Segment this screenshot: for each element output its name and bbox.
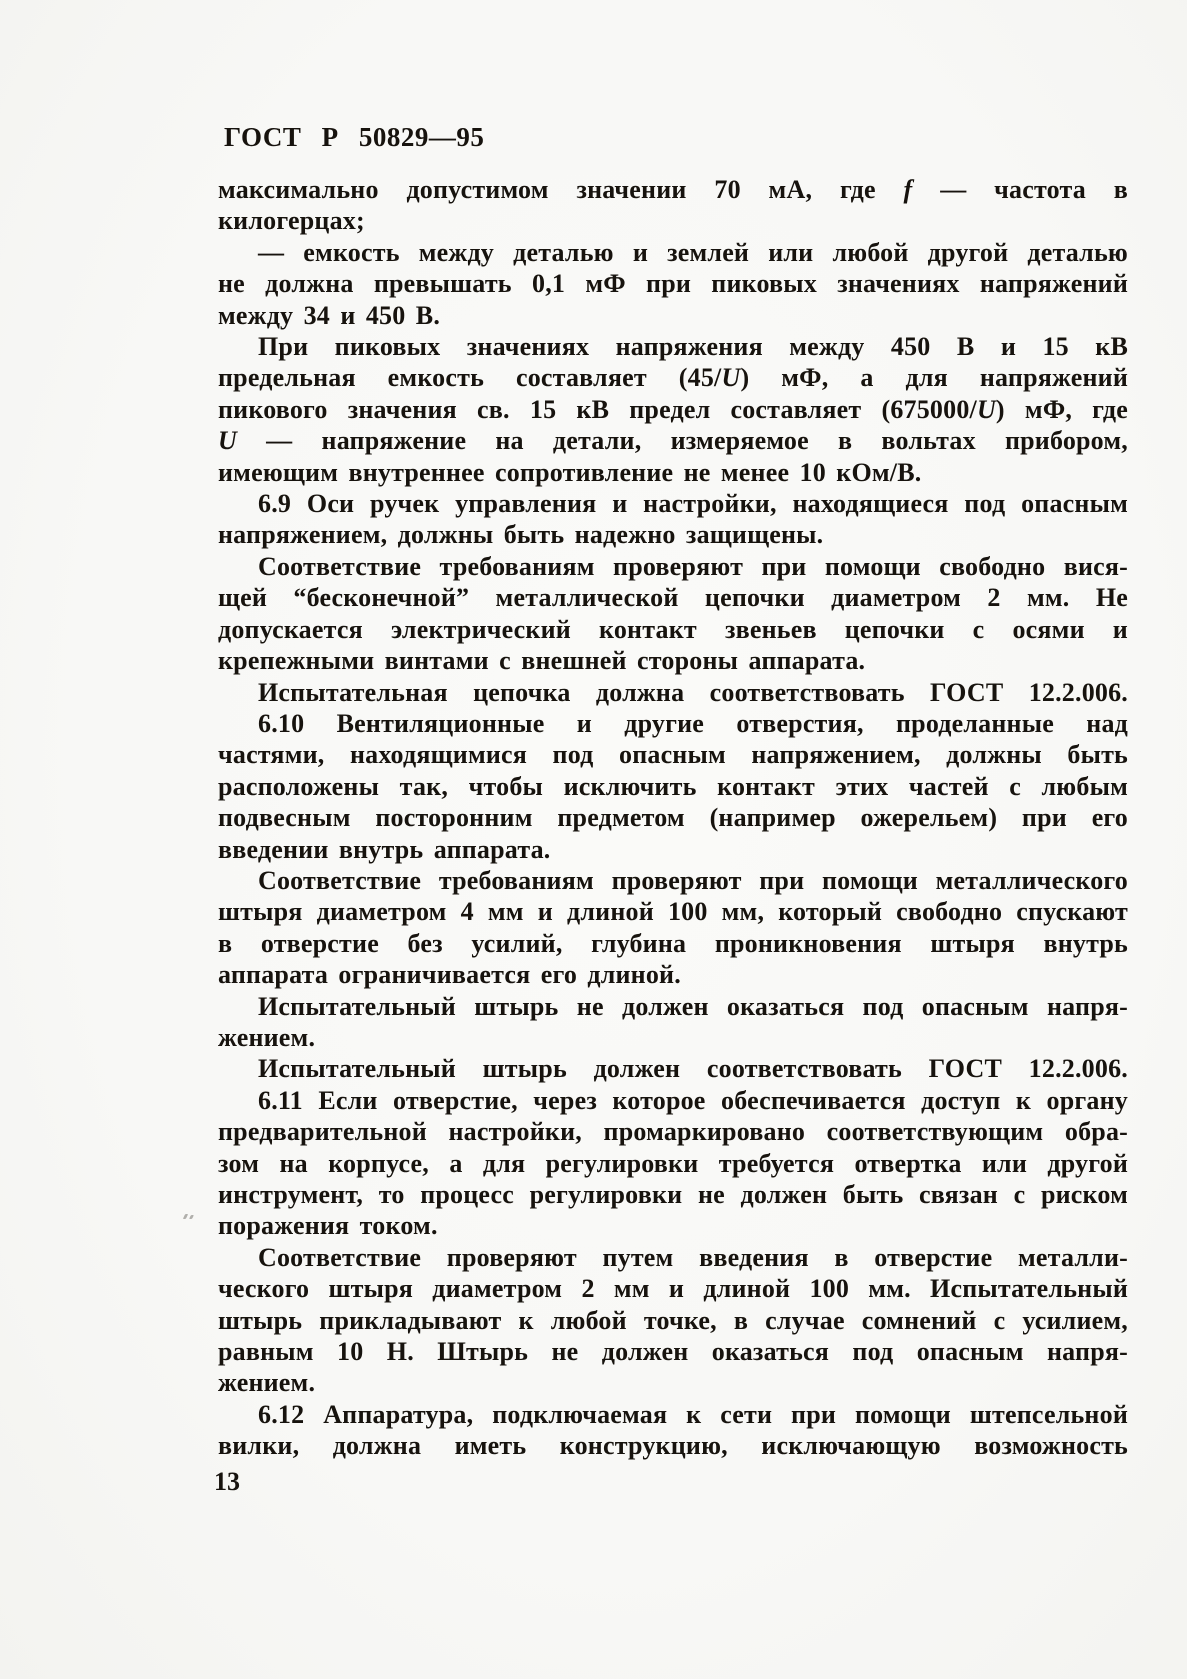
text-line: — емкость между деталью и землей или люб… — [218, 237, 1128, 268]
text-line: подвесным посторонним предметом (наприме… — [218, 802, 1128, 833]
text-line: При пиковых значениях напряжения между 4… — [218, 331, 1128, 362]
text-line: ческого штыря диаметром 2 мм и длиной 10… — [218, 1273, 1128, 1304]
paragraph: Испытательный штырь должен соответствова… — [218, 1053, 1128, 1084]
document-page: ГОСТ Р 50829—95 максимально допустимом з… — [0, 0, 1187, 1679]
text-line: имеющим внутреннее сопротивление не мене… — [218, 457, 1128, 488]
text-line: между 34 и 450 В. — [218, 300, 1128, 331]
text-line: поражения током. — [218, 1210, 1128, 1241]
text-line: 6.9 Оси ручек управления и настройки, на… — [218, 488, 1128, 519]
text-line: равным 10 Н. Штырь не должен оказаться п… — [218, 1336, 1128, 1367]
text-line: Соответствие проверяют путем введения в … — [218, 1242, 1128, 1273]
paragraph: Испытательная цепочка должна соответство… — [218, 677, 1128, 708]
paragraph: Соответствие требованиям проверяют при п… — [218, 865, 1128, 991]
text-line: килогерцах; — [218, 205, 1128, 236]
text-line: штыря диаметром 4 мм и длиной 100 мм, ко… — [218, 896, 1128, 927]
text-line: максимально допустимом значении 70 мА, г… — [218, 174, 1128, 205]
text-line: вилки, должна иметь конструкцию, исключа… — [218, 1430, 1128, 1461]
text-line: аппарата ограничивается его длиной. — [218, 959, 1128, 990]
text-line: жением. — [218, 1367, 1128, 1398]
text-line: инструмент, то процесс регулировки не до… — [218, 1179, 1128, 1210]
text-line: Испытательный штырь должен соответствова… — [218, 1053, 1128, 1084]
standard-number-header: ГОСТ Р 50829—95 — [224, 121, 484, 153]
text-line: пикового значения св. 15 кВ предел соста… — [218, 394, 1128, 425]
text-line: напряжением, должны быть надежно защищен… — [218, 519, 1128, 550]
paragraph: Испытательный штырь не должен оказаться … — [218, 991, 1128, 1054]
paragraph: Соответствие требованиям проверяют при п… — [218, 551, 1128, 677]
text-line: Соответствие требованиям проверяют при п… — [218, 551, 1128, 582]
paragraph: 6.12 Аппаратура, подключаемая к сети при… — [218, 1399, 1128, 1462]
text-line: штырь прикладывают к любой точке, в случ… — [218, 1305, 1128, 1336]
text-line: щей “бесконечной” металлической цепочки … — [218, 582, 1128, 613]
paragraph: 6.11 Если отверстие, через которое обесп… — [218, 1085, 1128, 1242]
text-line: зом на корпусе, а для регулировки требуе… — [218, 1148, 1128, 1179]
text-line: не должна превышать 0,1 мФ при пиковых з… — [218, 268, 1128, 299]
paragraph: Соответствие проверяют путем введения в … — [218, 1242, 1128, 1399]
paragraph: При пиковых значениях напряжения между 4… — [218, 331, 1128, 488]
paragraph: максимально допустимом значении 70 мА, г… — [218, 174, 1128, 237]
text-line: крепежными винтами с внешней стороны апп… — [218, 645, 1128, 676]
text-line: предельная емкость составляет (45/U) мФ,… — [218, 362, 1128, 393]
text-line: 6.11 Если отверстие, через которое обесп… — [218, 1085, 1128, 1116]
text-line: предварительной настройки, промаркирован… — [218, 1116, 1128, 1147]
text-line: Соответствие требованиям проверяют при п… — [218, 865, 1128, 896]
text-line: допускается электрический контакт звенье… — [218, 614, 1128, 645]
text-line: Испытательная цепочка должна соответство… — [218, 677, 1128, 708]
paragraph: — емкость между деталью и землей или люб… — [218, 237, 1128, 331]
text-line: Испытательный штырь не должен оказаться … — [218, 991, 1128, 1022]
scan-artifact-mark — [181, 1212, 197, 1222]
text-line: 6.12 Аппаратура, подключаемая к сети при… — [218, 1399, 1128, 1430]
text-line: U — напряжение на детали, измеряемое в в… — [218, 425, 1128, 456]
text-line: жением. — [218, 1022, 1128, 1053]
text-line: 6.10 Вентиляционные и другие отверстия, … — [218, 708, 1128, 739]
text-line: частями, находящимися под опасным напряж… — [218, 739, 1128, 770]
paragraph: 6.10 Вентиляционные и другие отверстия, … — [218, 708, 1128, 865]
text-line: введении внутрь аппарата. — [218, 834, 1128, 865]
text-line: в отверстие без усилий, глубина проникно… — [218, 928, 1128, 959]
text-block: максимально допустимом значении 70 мА, г… — [218, 174, 1128, 1462]
text-line: расположены так, чтобы исключить контакт… — [218, 771, 1128, 802]
page-number: 13 — [214, 1466, 240, 1497]
paragraph: 6.9 Оси ручек управления и настройки, на… — [218, 488, 1128, 551]
